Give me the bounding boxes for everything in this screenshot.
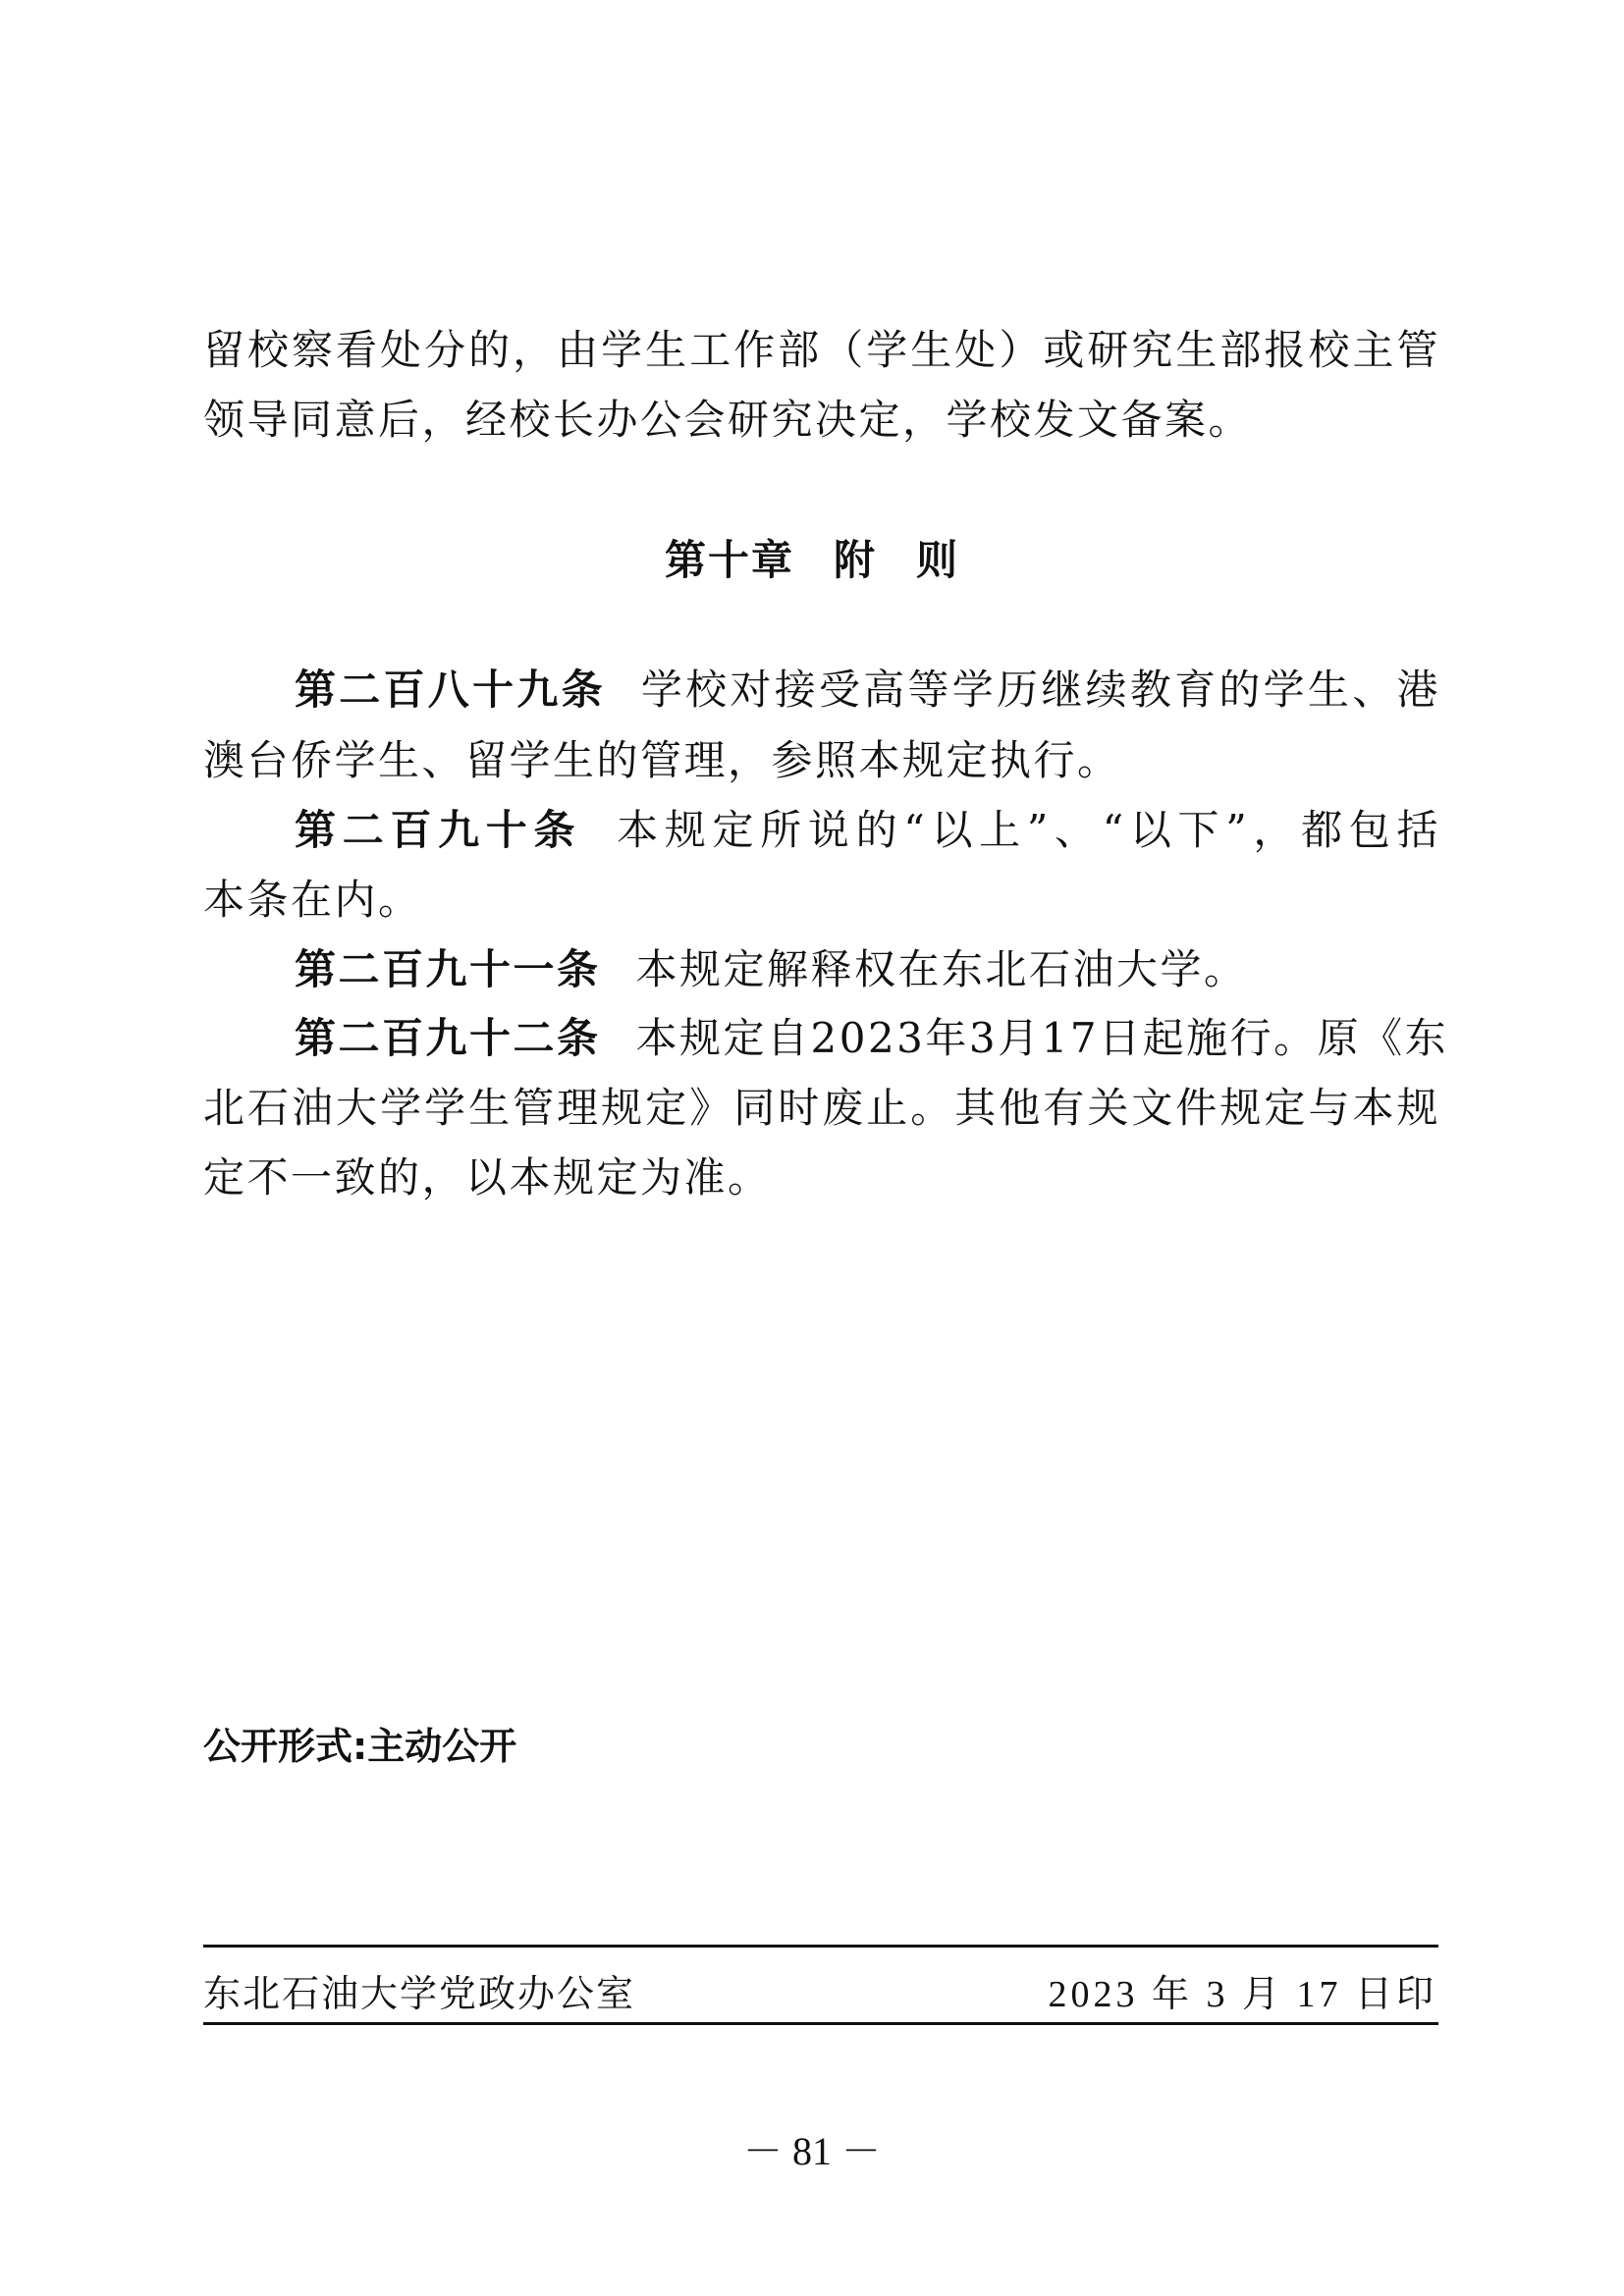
chapter-title-1: 附 [834, 536, 877, 584]
intro-line-1: 留校察看处分的，由学生工作部（学生处）或研究生部报校主管 [203, 326, 1440, 375]
footer-issuer: 东北石油大学党政办公室 [203, 1963, 635, 2017]
article-292-cont-1: 北石油大学学生管理规定》同时废止。其他有关文件规定与本规 [203, 1084, 1440, 1133]
article-title: 第二百九十条 [295, 806, 581, 854]
article-title: 第二百九十一条 [295, 945, 601, 993]
article-290-cont: 本条在内。 [203, 876, 1440, 925]
article-290: 第二百九十条本规定所说的“以上”、“以下”，都包括 [295, 806, 1440, 855]
article-289-cont: 澳台侨学生、留学生的管理，参照本规定执行。 [203, 736, 1440, 785]
footer-print-date: 2023 年 3 月 17 日印 [1048, 1963, 1437, 2017]
chapter-heading: 第十章附则 [0, 528, 1624, 587]
page-number: － 81 － [0, 2120, 1624, 2176]
article-title: 第二百八十九条 [295, 666, 606, 714]
disclosure-form: 公开形式:主动公开 [203, 1716, 516, 1770]
article-292: 第二百九十二条本规定自2023年3月17日起施行。原《东 [295, 1014, 1440, 1063]
article-text: 本规定自2023年3月17日起施行。原《东 [636, 1014, 1449, 1062]
article-289: 第二百八十九条学校对接受高等学历继续教育的学生、港 [295, 666, 1440, 715]
article-291: 第二百九十一条本规定解释权在东北石油大学。 [295, 945, 1440, 994]
article-text: 本规定所说的“以上”、“以下”，都包括 [617, 806, 1440, 854]
footer-bottom-rule [203, 2022, 1438, 2025]
document-page: 留校察看处分的，由学生工作部（学生处）或研究生部报校主管 领导同意后，经校长办公… [0, 0, 1624, 2296]
article-text: 学校对接受高等学历继续教育的学生、港 [641, 666, 1440, 714]
article-text: 本规定解释权在东北石油大学。 [636, 945, 1248, 993]
article-292-cont-2: 定不一致的，以本规定为准。 [203, 1153, 1440, 1202]
intro-line-2: 领导同意后，经校长办公会研究决定，学校发文备案。 [203, 396, 1440, 445]
footer-top-rule [203, 1945, 1438, 1948]
chapter-title-2: 则 [916, 536, 959, 584]
chapter-number: 第十章 [665, 536, 794, 584]
article-title: 第二百九十二条 [295, 1014, 601, 1062]
